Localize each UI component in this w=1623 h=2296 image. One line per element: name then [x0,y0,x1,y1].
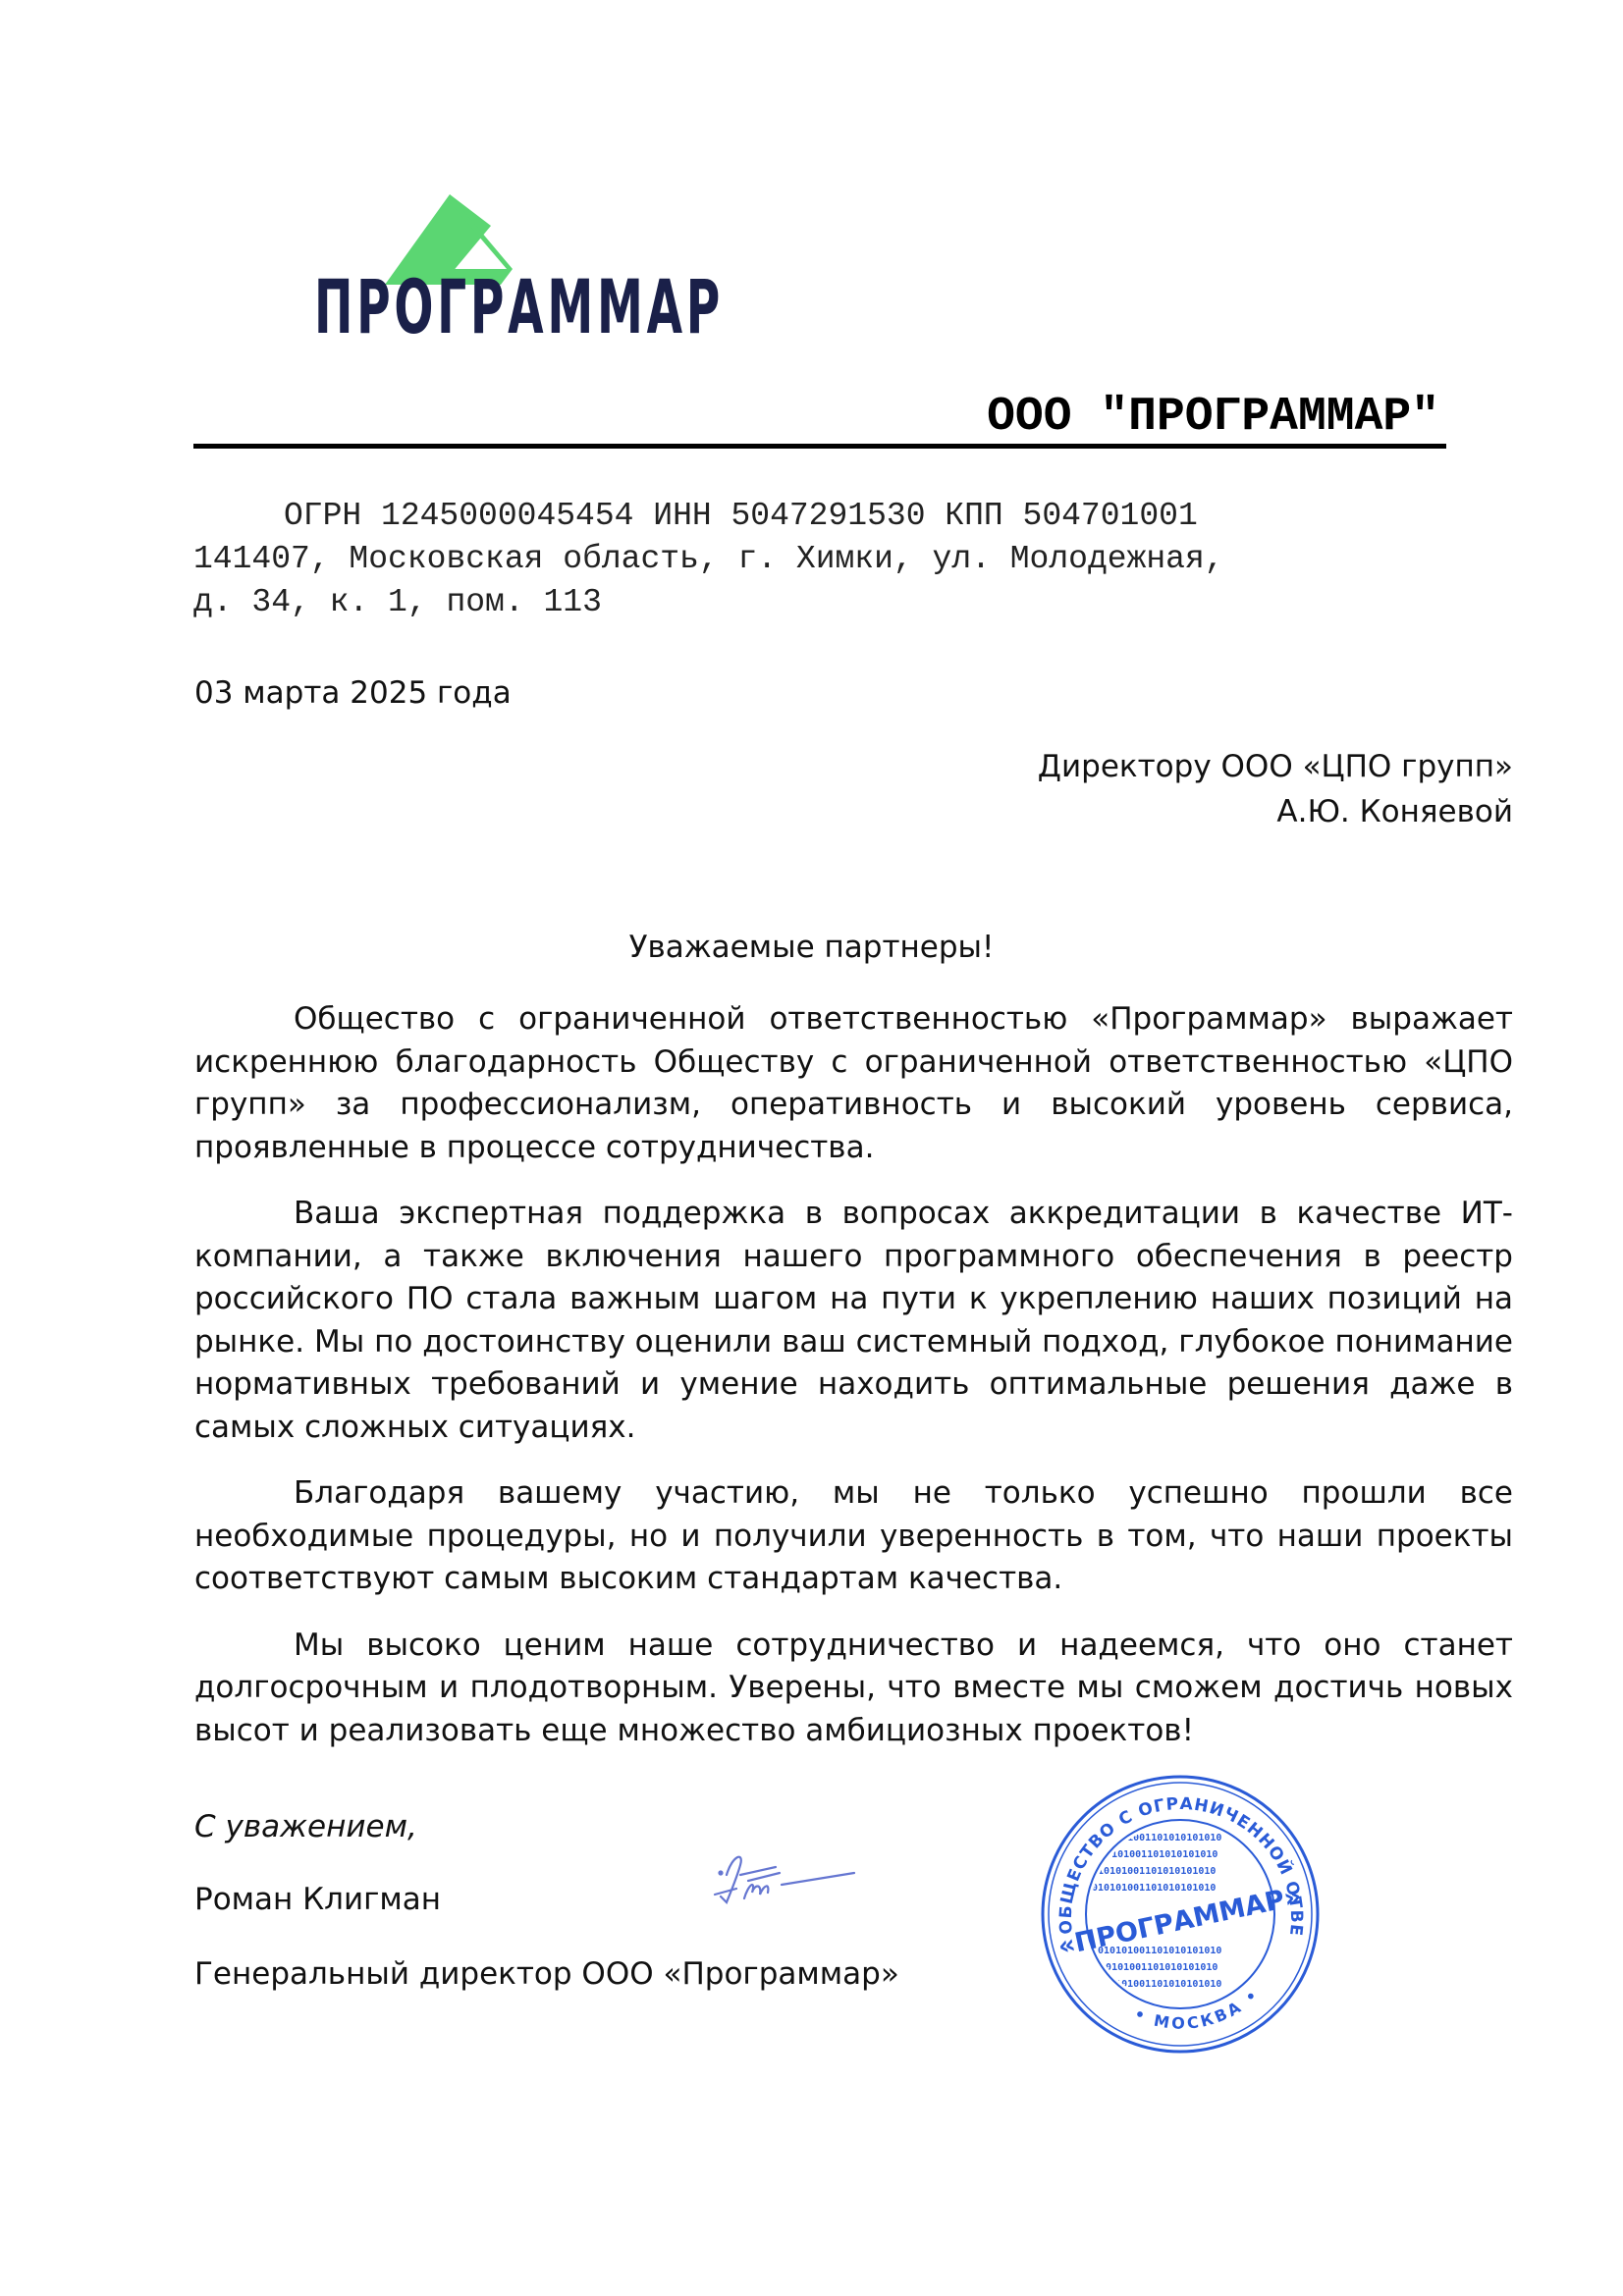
letter-body: Общество с ограниченной ответственностью… [194,998,1513,1776]
company-requisites: ОГРН 1245000045454 ИНН 5047291530 КПП 50… [193,495,1460,624]
stamp-city-text: • МОСКВА • [1131,1984,1263,2032]
requisites-address-line1: 141407, Московская область, г. Химки, ул… [193,538,1460,581]
addressee-name: А.Ю. Коняевой [1038,789,1513,834]
handwritten-signature-icon [697,1845,874,1914]
addressee-position: Директору ООО «ЦПО групп» [1038,744,1513,789]
company-stamp-icon: ОБЩЕСТВО С ОГРАНИЧЕННОЙ ОТВЕТСТВЕННОСТЬЮ… [1033,1767,1327,2061]
stamp-binary-row: 1010101001101010101010 [1086,1866,1216,1877]
paragraph: Общество с ограниченной ответственностью… [194,998,1513,1169]
signer-title: Генеральный директор ООО «Программар» [194,1956,899,1992]
paragraph: Мы высоко ценим наше сотрудничество и на… [194,1625,1513,1753]
company-title: ООО "ПРОГРАММАР" [987,391,1439,444]
company-logo: ПРОГРАММАР [285,187,795,373]
stamp-binary-row: 1010101001101010101010 [1092,1979,1221,1990]
closing-phrase: С уважением, [194,1809,417,1844]
stamp-binary-row: 1010101001101010101010 [1088,1962,1217,1973]
paragraph: Ваша экспертная поддержка в вопросах акк… [194,1193,1513,1449]
salutation: Уважаемые партнеры! [0,930,1623,965]
signer-name: Роман Клигман [194,1882,441,1917]
header-divider [193,444,1446,449]
requisites-address-line2: д. 34, к. 1, пом. 113 [193,581,1460,624]
addressee-block: Директору ООО «ЦПО групп» А.Ю. Коняевой [1038,744,1513,834]
requisites-registration: ОГРН 1245000045454 ИНН 5047291530 КПП 50… [193,495,1460,538]
svg-text:• МОСКВА •: • МОСКВА • [1131,1984,1263,2032]
logo-wordmark: ПРОГРАММАР [314,263,724,350]
letter-date: 03 марта 2025 года [194,675,512,711]
stamp-binary-row: 1010101001101010101010 [1086,1883,1216,1894]
paragraph: Благодаря вашему участию, мы не только у… [194,1472,1513,1601]
